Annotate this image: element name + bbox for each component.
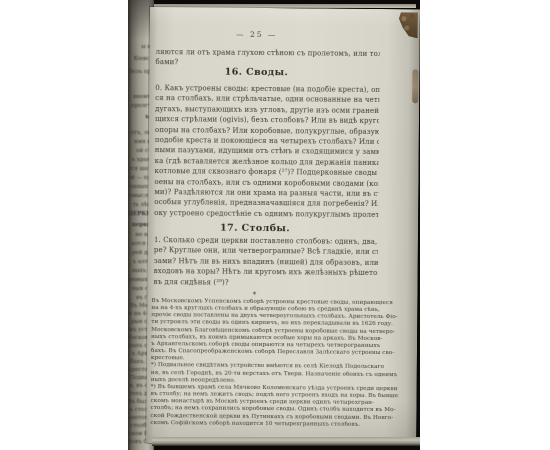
section-heading-16: 16. Своды. [149, 66, 363, 79]
book-page: — 25 — ляются ли отъ храма глухою стѣною… [146, 7, 420, 445]
page-text-layer: — 25 — ляются ли отъ храма глухою стѣною… [146, 7, 420, 445]
section-16-paragraph: 0. Какъ устроены своды: крестовые (на по… [154, 83, 379, 220]
left-page-text-fragment: безъ пр [129, 69, 151, 75]
section-17-paragraph: 1. Сколько среди церкви поставлено столб… [154, 235, 378, 289]
text-line: въ для сидѣнья (²⁹)? [154, 277, 378, 289]
text-line: оку устроено средостѣніе съ однимъ полук… [154, 208, 378, 220]
footnotes-block: Въ Московскомъ Успенскомъ соборѣ устроен… [150, 298, 399, 429]
photo-canvas: ы иКіевс.безъ првномъпролгть.отъ, лиимя … [0, 0, 550, 450]
page-number: — 25 — [150, 29, 364, 40]
left-page-text-fragment: пролгт [131, 103, 151, 109]
page-stack-bottom-edge [152, 437, 420, 446]
left-page-text-fragment: Кіевс. [134, 56, 151, 62]
section-heading-17: 17. Столбы. [148, 222, 362, 235]
book-photo: ы иКіевс.безъ првномъпролгть.отъ, лиимя … [128, 0, 420, 450]
